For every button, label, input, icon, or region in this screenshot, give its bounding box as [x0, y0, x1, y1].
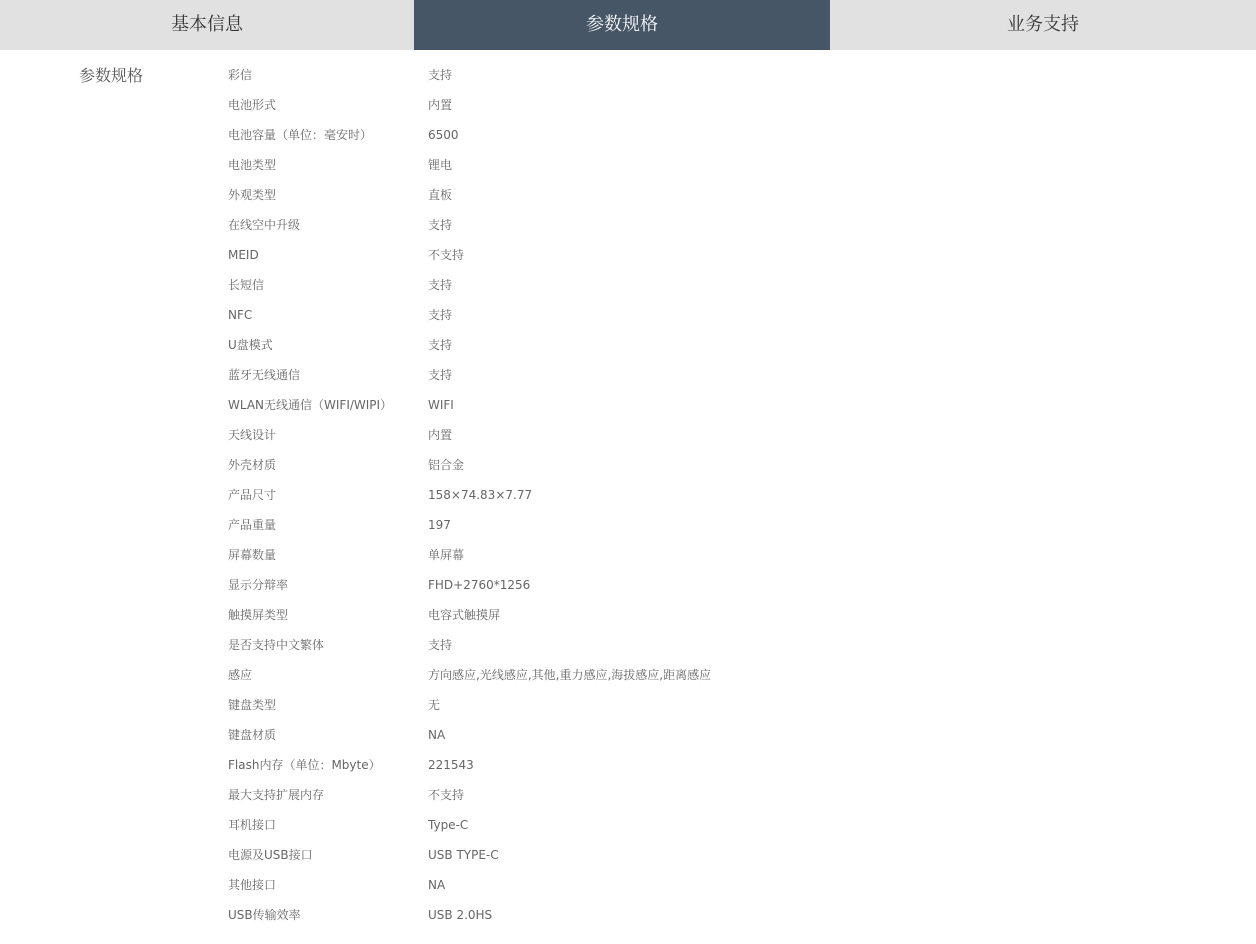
spec-row: 耳机接口Type-C	[228, 815, 711, 845]
spec-label: 触摸屏类型	[228, 605, 428, 635]
spec-label: 长短信	[228, 275, 428, 305]
spec-row: U盘模式支持	[228, 335, 711, 365]
spec-label: 耳机接口	[228, 815, 428, 845]
spec-value: 不支持	[428, 785, 464, 815]
spec-row: 其他接口NA	[228, 875, 711, 905]
spec-label: USB传输效率	[228, 905, 428, 935]
spec-row: MEID不支持	[228, 245, 711, 275]
spec-row: USB传输效率USB 2.0HS	[228, 905, 711, 935]
spec-value: USB 2.0HS	[428, 905, 492, 935]
spec-row: 电源及USB接口USB TYPE-C	[228, 845, 711, 875]
section-title: 参数规格	[79, 65, 143, 87]
spec-row: NFC支持	[228, 305, 711, 335]
spec-value: Type-C	[428, 815, 468, 845]
spec-row: 电池容量（单位：毫安时）6500	[228, 125, 711, 155]
spec-row: 显示分辩率FHD+2760*1256	[228, 575, 711, 605]
spec-label: 键盘类型	[228, 695, 428, 725]
spec-row: 是否支持中文繁体支持	[228, 635, 711, 665]
spec-label: 电池类型	[228, 155, 428, 185]
spec-value: 不支持	[428, 245, 464, 275]
spec-value: 221543	[428, 755, 474, 785]
spec-label: 产品尺寸	[228, 485, 428, 515]
spec-row: Flash内存（单位：Mbyte）221543	[228, 755, 711, 785]
spec-label: MEID	[228, 245, 428, 275]
spec-value: 内置	[428, 425, 452, 455]
spec-value: 支持	[428, 305, 452, 335]
spec-value: 直板	[428, 185, 452, 215]
spec-value: 单屏幕	[428, 545, 464, 575]
tab-basic-info[interactable]: 基本信息	[0, 0, 414, 50]
spec-label: 最大支持扩展内存	[228, 785, 428, 815]
spec-value: 铝合金	[428, 455, 464, 485]
spec-row: 键盘类型无	[228, 695, 711, 725]
spec-row: 触摸屏类型电容式触摸屏	[228, 605, 711, 635]
spec-value: 支持	[428, 275, 452, 305]
spec-list: 彩信支持 电池形式内置 电池容量（单位：毫安时）6500 电池类型锂电 外观类型…	[228, 65, 711, 935]
tab-bar: 基本信息 参数规格 业务支持	[0, 0, 1256, 50]
spec-row: 外观类型直板	[228, 185, 711, 215]
spec-value: 支持	[428, 365, 452, 395]
spec-row: 感应方向感应,光线感应,其他,重力感应,海拔感应,距离感应	[228, 665, 711, 695]
spec-value: 支持	[428, 65, 452, 95]
spec-value: USB TYPE-C	[428, 845, 499, 875]
spec-label: 感应	[228, 665, 428, 695]
spec-row: 键盘材质NA	[228, 725, 711, 755]
spec-value: 支持	[428, 335, 452, 365]
spec-value: FHD+2760*1256	[428, 575, 530, 605]
spec-row: 产品尺寸158×74.83×7.77	[228, 485, 711, 515]
spec-label: U盘模式	[228, 335, 428, 365]
spec-label: 外观类型	[228, 185, 428, 215]
spec-row: 屏幕数量单屏幕	[228, 545, 711, 575]
spec-label: 显示分辩率	[228, 575, 428, 605]
tab-specifications[interactable]: 参数规格	[414, 0, 830, 50]
spec-row: 天线设计内置	[228, 425, 711, 455]
spec-label: 其他接口	[228, 875, 428, 905]
spec-label: 屏幕数量	[228, 545, 428, 575]
spec-label: Flash内存（单位：Mbyte）	[228, 755, 428, 785]
spec-label: WLAN无线通信（WIFI/WIPI）	[228, 395, 428, 425]
spec-value: 支持	[428, 215, 452, 245]
spec-row: 彩信支持	[228, 65, 711, 95]
spec-label: 电池容量（单位：毫安时）	[228, 125, 428, 155]
spec-value: NA	[428, 725, 445, 755]
spec-row: 电池类型锂电	[228, 155, 711, 185]
spec-value: WIFI	[428, 395, 454, 425]
spec-value: 6500	[428, 125, 459, 155]
spec-value: 内置	[428, 95, 452, 125]
spec-row: 外壳材质铝合金	[228, 455, 711, 485]
spec-label: 电源及USB接口	[228, 845, 428, 875]
spec-label: 天线设计	[228, 425, 428, 455]
spec-value: 197	[428, 515, 451, 545]
spec-row: 电池形式内置	[228, 95, 711, 125]
tab-service-support[interactable]: 业务支持	[830, 0, 1256, 50]
spec-value: 电容式触摸屏	[428, 605, 500, 635]
spec-row: 在线空中升级支持	[228, 215, 711, 245]
spec-label: 产品重量	[228, 515, 428, 545]
spec-value: 方向感应,光线感应,其他,重力感应,海拔感应,距离感应	[428, 665, 711, 695]
spec-value: 158×74.83×7.77	[428, 485, 532, 515]
spec-value: 锂电	[428, 155, 452, 185]
spec-row: 产品重量197	[228, 515, 711, 545]
spec-label: 蓝牙无线通信	[228, 365, 428, 395]
spec-label: NFC	[228, 305, 428, 335]
spec-label: 是否支持中文繁体	[228, 635, 428, 665]
spec-value: 无	[428, 695, 440, 725]
spec-label: 键盘材质	[228, 725, 428, 755]
spec-row: 长短信支持	[228, 275, 711, 305]
spec-label: 电池形式	[228, 95, 428, 125]
spec-label: 彩信	[228, 65, 428, 95]
spec-value: 支持	[428, 635, 452, 665]
spec-row: 最大支持扩展内存不支持	[228, 785, 711, 815]
spec-row: 蓝牙无线通信支持	[228, 365, 711, 395]
spec-label: 在线空中升级	[228, 215, 428, 245]
spec-value: NA	[428, 875, 445, 905]
spec-row: WLAN无线通信（WIFI/WIPI）WIFI	[228, 395, 711, 425]
spec-label: 外壳材质	[228, 455, 428, 485]
